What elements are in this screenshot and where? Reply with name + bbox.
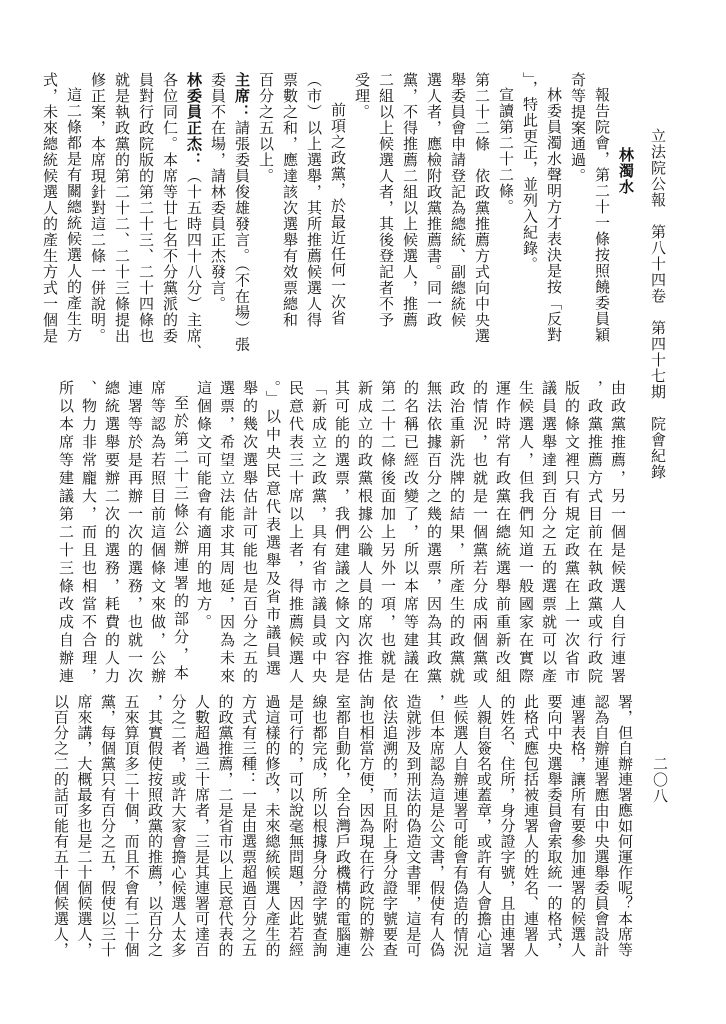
text-column: 席來講，大概最多也是二十個候選人， (71, 694, 95, 962)
text-column: 宣讀第二十二條。 (493, 72, 517, 364)
text-column: 「新成立之政黨，具有省市議員或中央 (306, 380, 329, 688)
text-column: 、物力非常龐大，而且也相當不合理， (76, 380, 99, 688)
text-column: 署，但自辦連署應如何運作呢？本席等 (612, 694, 636, 962)
text-column: 方式有三種：一是由選票超過百分之五 (236, 694, 260, 962)
text-column: 詢也相當方便，因為現在行政院的辦公 (353, 694, 377, 962)
text-column: 林委員濁水聲明方才表決是按「反對 (541, 72, 565, 364)
text-column: 受理。 (349, 72, 373, 364)
text-column: 這個條文可能會有適用的地方。 (191, 380, 214, 688)
page-number: 二〇八 (649, 756, 670, 804)
speaker-name: 主席： (233, 72, 249, 120)
text-column: ，其實假使按照政黨的推薦，以百分之 (142, 694, 166, 962)
text-column: 的姓名、住所，身分證字號，且由連署 (494, 694, 518, 962)
text-column: 線也都完成，所以根據身分證字號查詢 (306, 694, 330, 962)
text-column: 至於第二十三條公辦連署的部分，本 (168, 380, 191, 688)
text-column: 由政黨推薦，另一個是候選人自行連署 (605, 380, 628, 688)
text-column: 政治重新洗牌的結果，所產生的政黨就 (444, 380, 467, 688)
speaker-name: 林委員正杰： (185, 72, 201, 168)
text-column: 是可行的，可以說毫無問題，因此若經 (283, 694, 307, 962)
text-column: 人數超過三十席者，三是其連署可達百 (189, 694, 213, 962)
text-column: 百分之五以上。 (253, 72, 277, 364)
text-column: 報告院會，第二十一條按照饒委員穎 (589, 72, 613, 364)
text-column: 運作時常有政黨在總統選舉前重新改組 (490, 380, 513, 688)
text-column: 修正案，本席現針對這二條一併說明。 (85, 72, 109, 364)
text-column: 依法追溯的，而且附上身分證字號要查 (377, 694, 401, 962)
text-column: 過這樣的修改，未來總統候選人產生的 (259, 694, 283, 962)
text-column: 無法依據百分之幾的選票，因為其政黨 (421, 380, 444, 688)
text-column: 第二十二條 依政黨推薦方式向中央選 (469, 72, 493, 364)
text-column: 舉委員會申請登記為總統、副總統候 (445, 72, 469, 364)
text-column: 員對行政院版的第二十三、二十四條也 (133, 72, 157, 364)
text-column: 五來算頂多二十個，而且不會有二十個 (118, 694, 142, 962)
text-column: 的情況，也就是一個黨若分成兩個黨或 (467, 380, 490, 688)
text-column: 的政黨推薦，二是省市以上民意代表的 (212, 694, 236, 962)
text-column: 新成立的政黨根據公職人員的席次推估 (352, 380, 375, 688)
text-column: 式，未來總統候選人的產生方式一個是 (37, 72, 61, 364)
text-column: 各位同仁。本席等廿七名不分黨派的委 (157, 72, 181, 364)
text-column: 這二條都是有關總統候選人的產生方 (61, 72, 85, 364)
text-column: 選票，希望立法能求其周延，因為未來 (214, 380, 237, 688)
text-band-middle: 由政黨推薦，另一個是候選人自行連署，政黨推薦方式目前在執政黨或行政院版的條文裡只… (53, 380, 628, 688)
text-column: 的名稱已經改變了，所以本席等建議在 (398, 380, 421, 688)
text-column: 連署等於是再辦一次的選務，也就一次 (122, 380, 145, 688)
gazette-page: 立法院公報 第八十四卷 第四十七期 院會紀錄 二〇八 林濁水報告院會，第二十一條… (0, 0, 726, 1024)
text-column: 以百分之二的話可能有五十個候選人， (48, 694, 72, 962)
text-column: 版的條文裡只有規定政黨在上一次省市 (559, 380, 582, 688)
text-column: 」，特此更正，並列入紀錄。 (517, 72, 541, 364)
text-column: ，但本席認為這是公文書，假使有人偽 (424, 694, 448, 962)
text-column: 前項之政黨，於最近任何一次省 (325, 72, 349, 364)
text-column: 要向中央選舉委員會索取統一的格式， (541, 694, 565, 962)
text-column: 分之二者，或許大家會擔心候選人太多 (165, 694, 189, 962)
text-column: 第二十二條後面加上另外一項，也就是 (375, 380, 398, 688)
text-column: 就是執政黨的第二十二、二十三條提出 (109, 72, 133, 364)
text-column: 二組以上候選人者，其後登記者不予 (373, 72, 397, 364)
speaker-name: 林濁水 (617, 147, 633, 195)
text-column: 生候選人，但我們知道一般國家在實際 (513, 380, 536, 688)
text-band-bottom: 署，但自辦連署應如何運作呢？本席等認為自辦連署應由中央選舉委員會設計連署表格，讓… (48, 694, 636, 962)
text-column: 民意代表三十席以上者，得推薦候選人 (283, 380, 306, 688)
text-column: 委員不在場，請林委員正杰發言。 (205, 72, 229, 364)
text-column: 黨，每個黨只有百分之五，假使以三十 (95, 694, 119, 962)
text-column: （市）以上選舉，其所推薦候選人得 (301, 72, 325, 364)
text-column: 室都自動化，全台灣戶政機構的電腦連 (330, 694, 354, 962)
text-column: 選人者，應檢附政黨推薦書。同一政 (421, 72, 445, 364)
text-column: 席等認為若照目前這個條文來做，公辦 (145, 380, 168, 688)
text-column: 其可能的選票，我們建議之條文內容是 (329, 380, 352, 688)
text-column: 主席：請張委員俊雄發言。（不在場）張 (229, 72, 253, 364)
text-column: 人親自簽名或蓋章，或許有人會擔心這 (471, 694, 495, 962)
text-column: 舉的幾次選舉估計可能也是百分之五的 (237, 380, 260, 688)
text-column: 議員選舉達到百分之五的選票就可以產 (536, 380, 559, 688)
text-column: 此格式應包括被連署人的姓名、連署人 (518, 694, 542, 962)
text-column: 林委員正杰：（十五時四十八分）主席、 (181, 72, 205, 364)
text-column: 連署表格，讓所有要參加連署的候選人 (565, 694, 589, 962)
text-column: 林濁水 (613, 72, 637, 364)
text-column: 黨，不得推薦二組以上候選人，推薦 (397, 72, 421, 364)
text-column: 。」以中央民意代表選舉及省市議員選 (260, 380, 283, 688)
text-column: 造就涉及到刑法的偽造文書罪，這是可 (400, 694, 424, 962)
text-column: 些候選人自辦連署可能會有偽造的情況 (447, 694, 471, 962)
text-column: 奇等提案通過。 (565, 72, 589, 364)
text-band-top: 林濁水報告院會，第二十一條按照饒委員穎奇等提案通過。林委員濁水聲明方才表決是按「… (37, 72, 637, 364)
text-column: ，政黨推薦方式目前在執政黨或行政院 (582, 380, 605, 688)
text-column: 所以本席等建議第二十三條改成自辦連 (53, 380, 76, 688)
text-column: 票數之和，應達該次選舉有效票總和 (277, 72, 301, 364)
text-column: 總統選舉要辦二次的選務，耗費的人力 (99, 380, 122, 688)
page-header: 立法院公報 第八十四卷 第四十七期 院會紀錄 (647, 128, 668, 480)
text-column: 認為自辦連署應由中央選舉委員會設計 (588, 694, 612, 962)
